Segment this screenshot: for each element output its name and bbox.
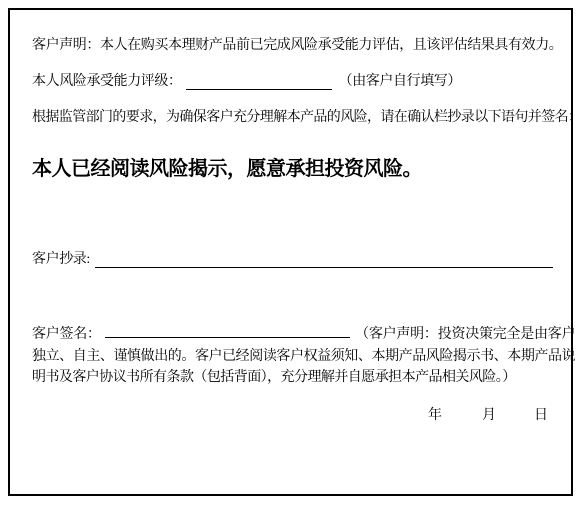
- customer-copy-row: 客户抄录:: [32, 248, 553, 268]
- customer-declaration-text: 客户声明：本人在购买本理财产品前已完成风险承受能力评估，且该评估结果具有效力。: [32, 37, 562, 54]
- risk-statement-headline: 本人已经阅读风险揭示，愿意承担投资风险。: [32, 156, 422, 182]
- risk-rating-suffix: （由客户自行填写）: [339, 73, 461, 90]
- date-year-label: 年: [428, 404, 442, 424]
- risk-rating-blank-field[interactable]: [186, 73, 332, 90]
- date-row: 年 月 日: [10, 404, 583, 422]
- risk-rating-label: 本人风险承受能力评级：: [32, 73, 182, 90]
- customer-signature-paragraph: 客户签名：（客户声明：投资决策完全是由客户独立、自主、谨慎做出的。客户已经阅读客…: [32, 322, 575, 389]
- form-border: 客户声明：本人在购买本理财产品前已完成风险承受能力评估，且该评估结果具有效力。 …: [8, 8, 573, 496]
- date-day-label: 日: [534, 404, 548, 424]
- regulator-instruction-text: 根据监管部门的要求，为确保客户充分理解本产品的风险，请在确认栏抄录以下语句并签名…: [32, 109, 581, 126]
- customer-signature-label: 客户签名：: [32, 327, 101, 342]
- customer-signature-blank-field[interactable]: [105, 322, 350, 338]
- customer-copy-blank-field[interactable]: [95, 251, 553, 268]
- risk-rating-row: 本人风险承受能力评级： （由客户自行填写）: [32, 73, 461, 90]
- customer-copy-label: 客户抄录:: [32, 248, 90, 268]
- date-month-label: 月: [482, 404, 496, 424]
